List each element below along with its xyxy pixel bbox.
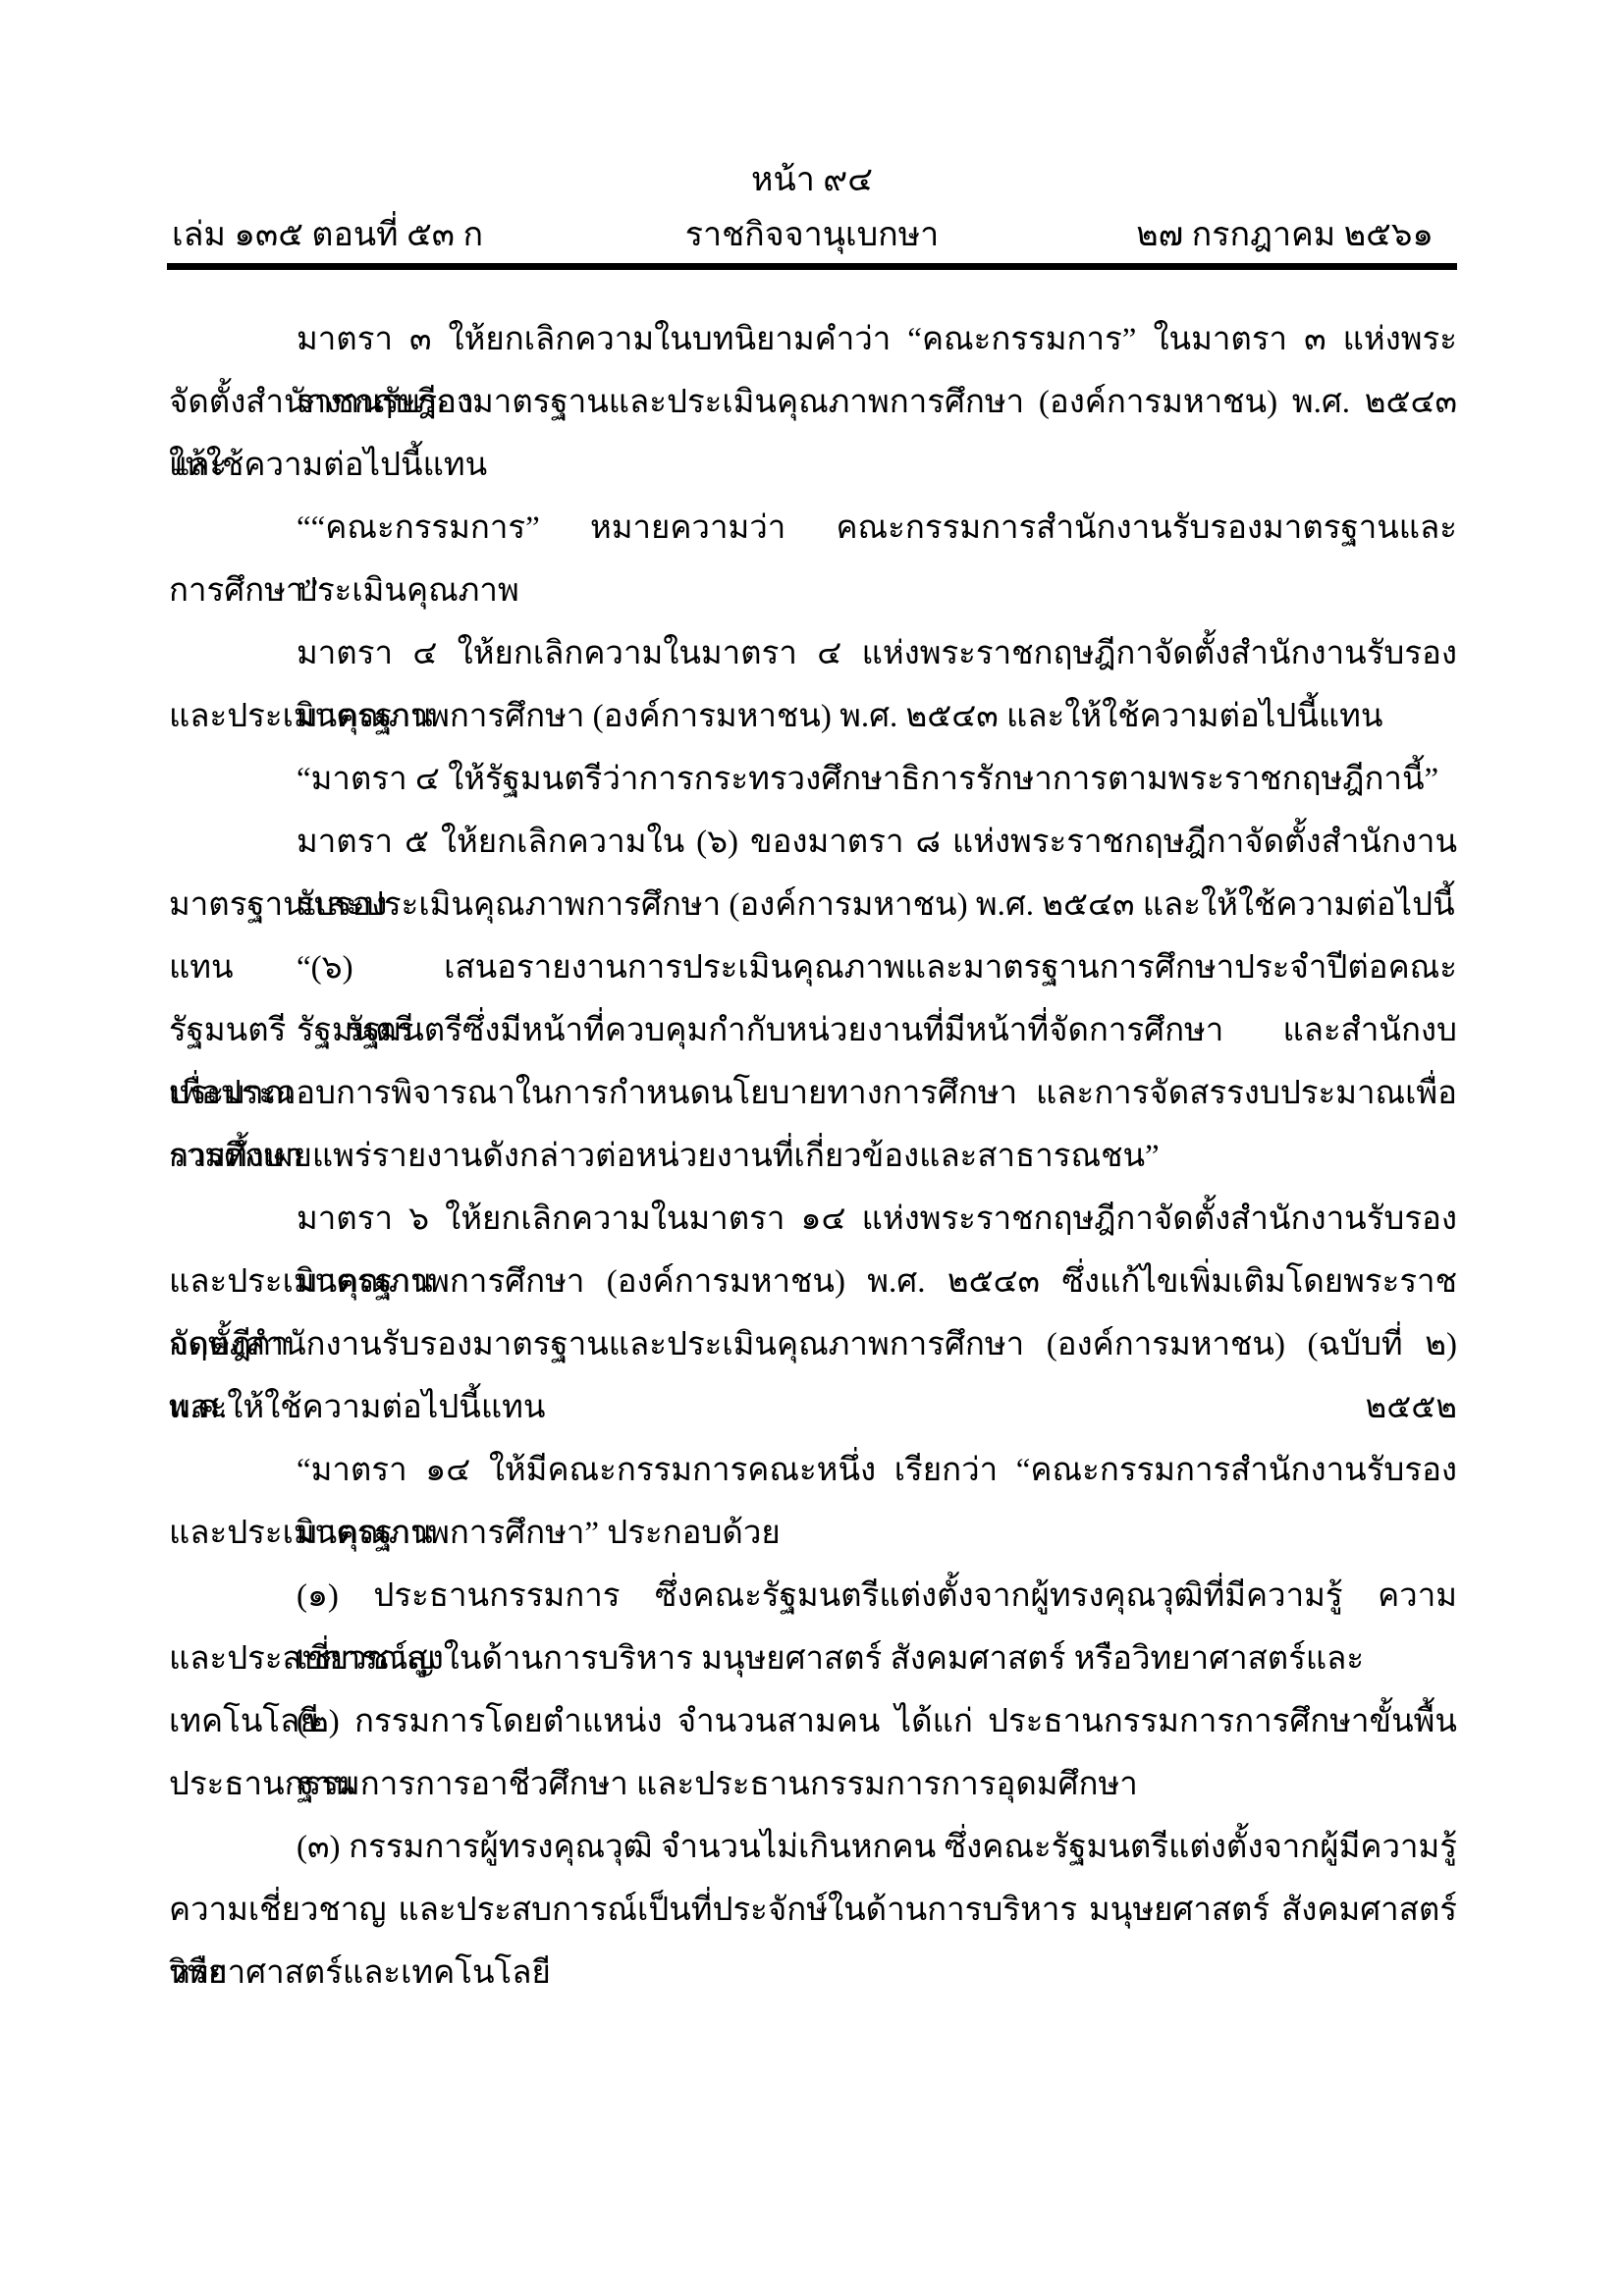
header-divider-rule [167,263,1457,270]
gazette-page: หน้า ๙๔ เล่ม ๑๓๕ ตอนที่ ๕๓ ก ราชกิจจานุเ… [0,0,1624,2296]
text-line: “มาตรา ๑๔ ให้มีคณะกรรมการคณะหนึ่ง เรียกว… [169,1439,1457,1502]
text-line: ความเชี่ยวชาญ และประสบการณ์เป็นที่ประจัก… [169,1879,1457,1942]
text-line: วิทยาศาสตร์และเทคโนโลยี [169,1942,1457,2004]
text-line: มาตรา ๓ ให้ยกเลิกความในบทนิยามคำว่า “คณะ… [169,308,1457,371]
text-line: ให้ใช้ความต่อไปนี้แทน [169,434,1457,497]
text-line: ““คณะกรรมการ” หมายความว่า คณะกรรมการสำนั… [169,497,1457,560]
text-line: รวมทั้งเผยแพร่รายงานดังกล่าวต่อหน่วยงานท… [169,1125,1457,1188]
text-line: รัฐมนตรี รัฐมนตรีซึ่งมีหน้าที่ควบคุมกำกั… [169,999,1457,1062]
text-line: เพื่อประกอบการพิจารณาในการกำหนดนโยบายทาง… [169,1062,1457,1125]
text-line: ประธานกรรมการการอาชีวศึกษา และประธานกรรม… [169,1753,1457,1816]
text-line: และประสบการณ์สูงในด้านการบริหาร มนุษยศาส… [169,1628,1457,1690]
gazette-date: ๒๗ กรกฎาคม ๒๕๖๑ [1136,210,1434,261]
text-line: มาตรา ๔ ให้ยกเลิกความในมาตรา ๔ แห่งพระรา… [169,622,1457,685]
text-line: และประเมินคุณภาพการศึกษา (องค์การมหาชน) … [169,685,1457,748]
text-line: จัดตั้งสำนักงานรับรองมาตรฐานและประเมินคุ… [169,1313,1457,1376]
text-line: (๒) กรรมการโดยตำแหน่ง จำนวนสามคน ได้แก่ … [169,1690,1457,1753]
page-number: หน้า ๙๔ [167,155,1457,206]
text-line: มาตรา ๖ ให้ยกเลิกความในมาตรา ๑๔ แห่งพระร… [169,1188,1457,1251]
text-line: และประเมินคุณภาพการศึกษา” ประกอบด้วย [169,1502,1457,1565]
text-line: และประเมินคุณภาพการศึกษา (องค์การมหาชน) … [169,1251,1457,1313]
body-lines: มาตรา ๓ ให้ยกเลิกความในบทนิยามคำว่า “คณะ… [169,308,1457,2004]
text-line: (๑) ประธานกรรมการ ซึ่งคณะรัฐมนตรีแต่งตั้… [169,1565,1457,1628]
text-line: จัดตั้งสำนักงานรับรองมาตรฐานและประเมินคุ… [169,371,1457,434]
gazette-header-row: เล่ม ๑๓๕ ตอนที่ ๕๓ ก ราชกิจจานุเบกษา ๒๗ … [167,210,1457,261]
text-line: “(๖) เสนอรายงานการประเมินคุณภาพและมาตรฐา… [169,936,1457,999]
text-line: มาตรฐานและประเมินคุณภาพการศึกษา (องค์การ… [169,874,1457,936]
text-line: มาตรา ๕ ให้ยกเลิกความใน (๖) ของมาตรา ๘ แ… [169,811,1457,874]
text-line: (๓) กรรมการผู้ทรงคุณวุฒิ จำนวนไม่เกินหกค… [169,1816,1457,1879]
text-line: “มาตรา ๔ ให้รัฐมนตรีว่าการกระทรวงศึกษาธิ… [169,748,1457,811]
